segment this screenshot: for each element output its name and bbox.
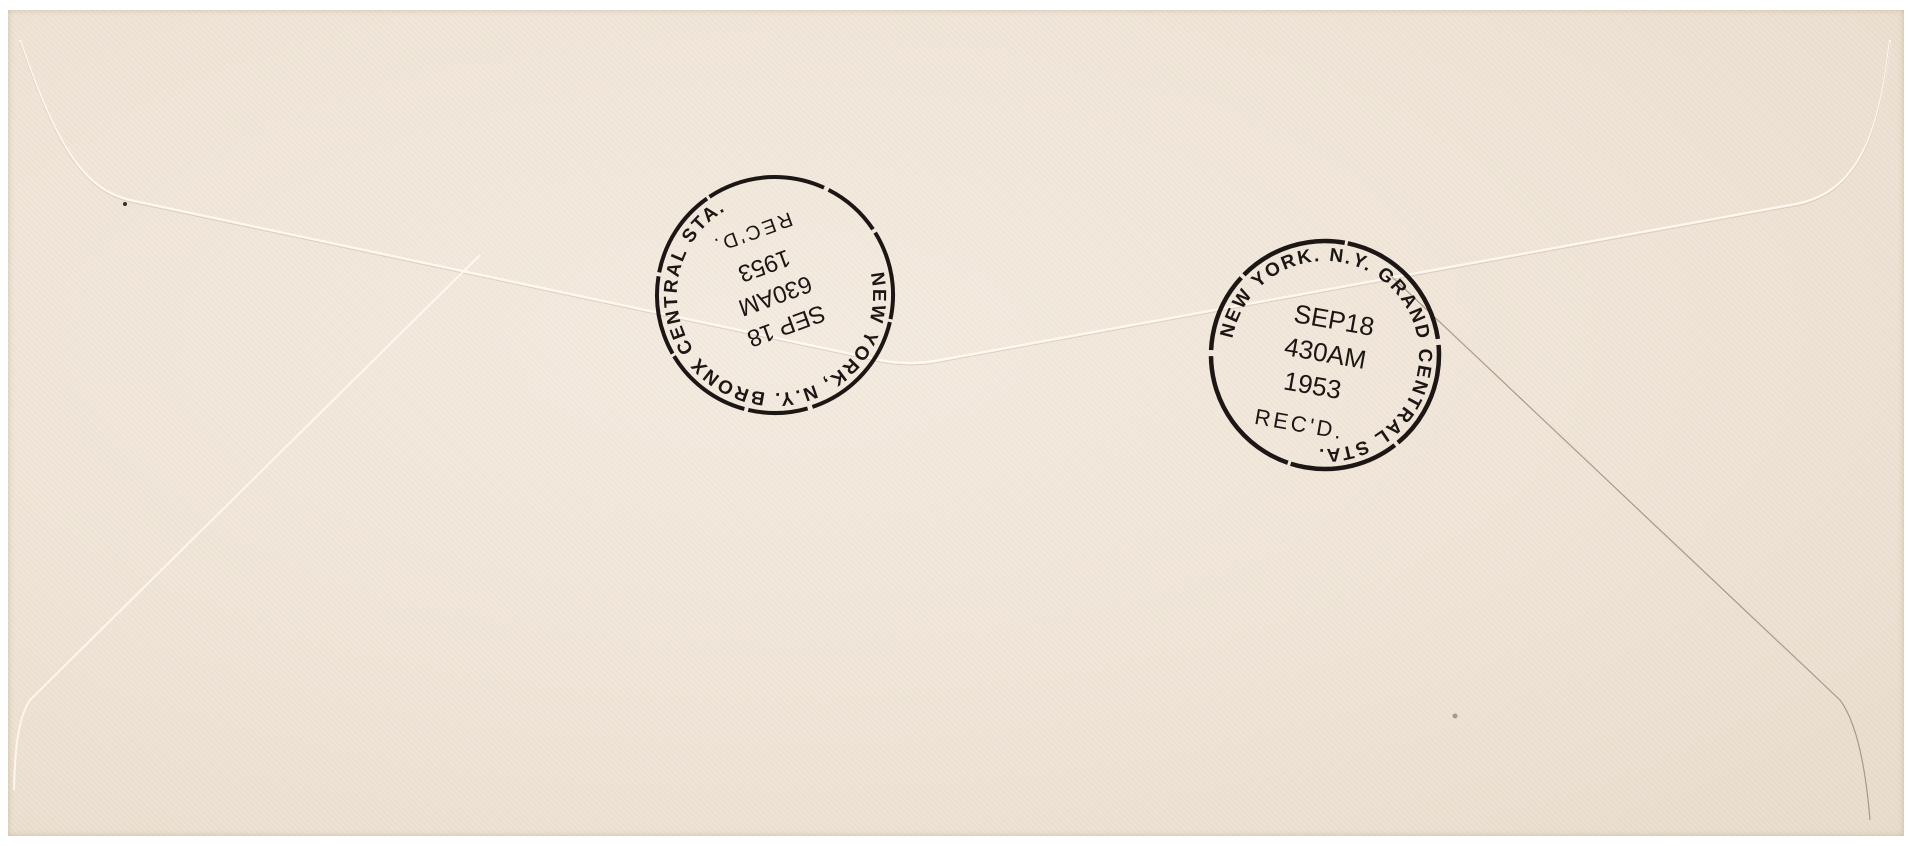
postmark-grand-central: NEW YORK. N.Y. GRAND CENTRAL STA. SEP18 …	[1200, 230, 1450, 480]
postmark-bronx: NEW YORK, N.Y. BRONX CENTRAL STA. SEP 18…	[650, 170, 900, 420]
postmark-year: 1953	[1281, 366, 1343, 406]
envelope-flap-lines	[0, 0, 1912, 846]
postmark-status: REC'D.	[1253, 404, 1347, 444]
